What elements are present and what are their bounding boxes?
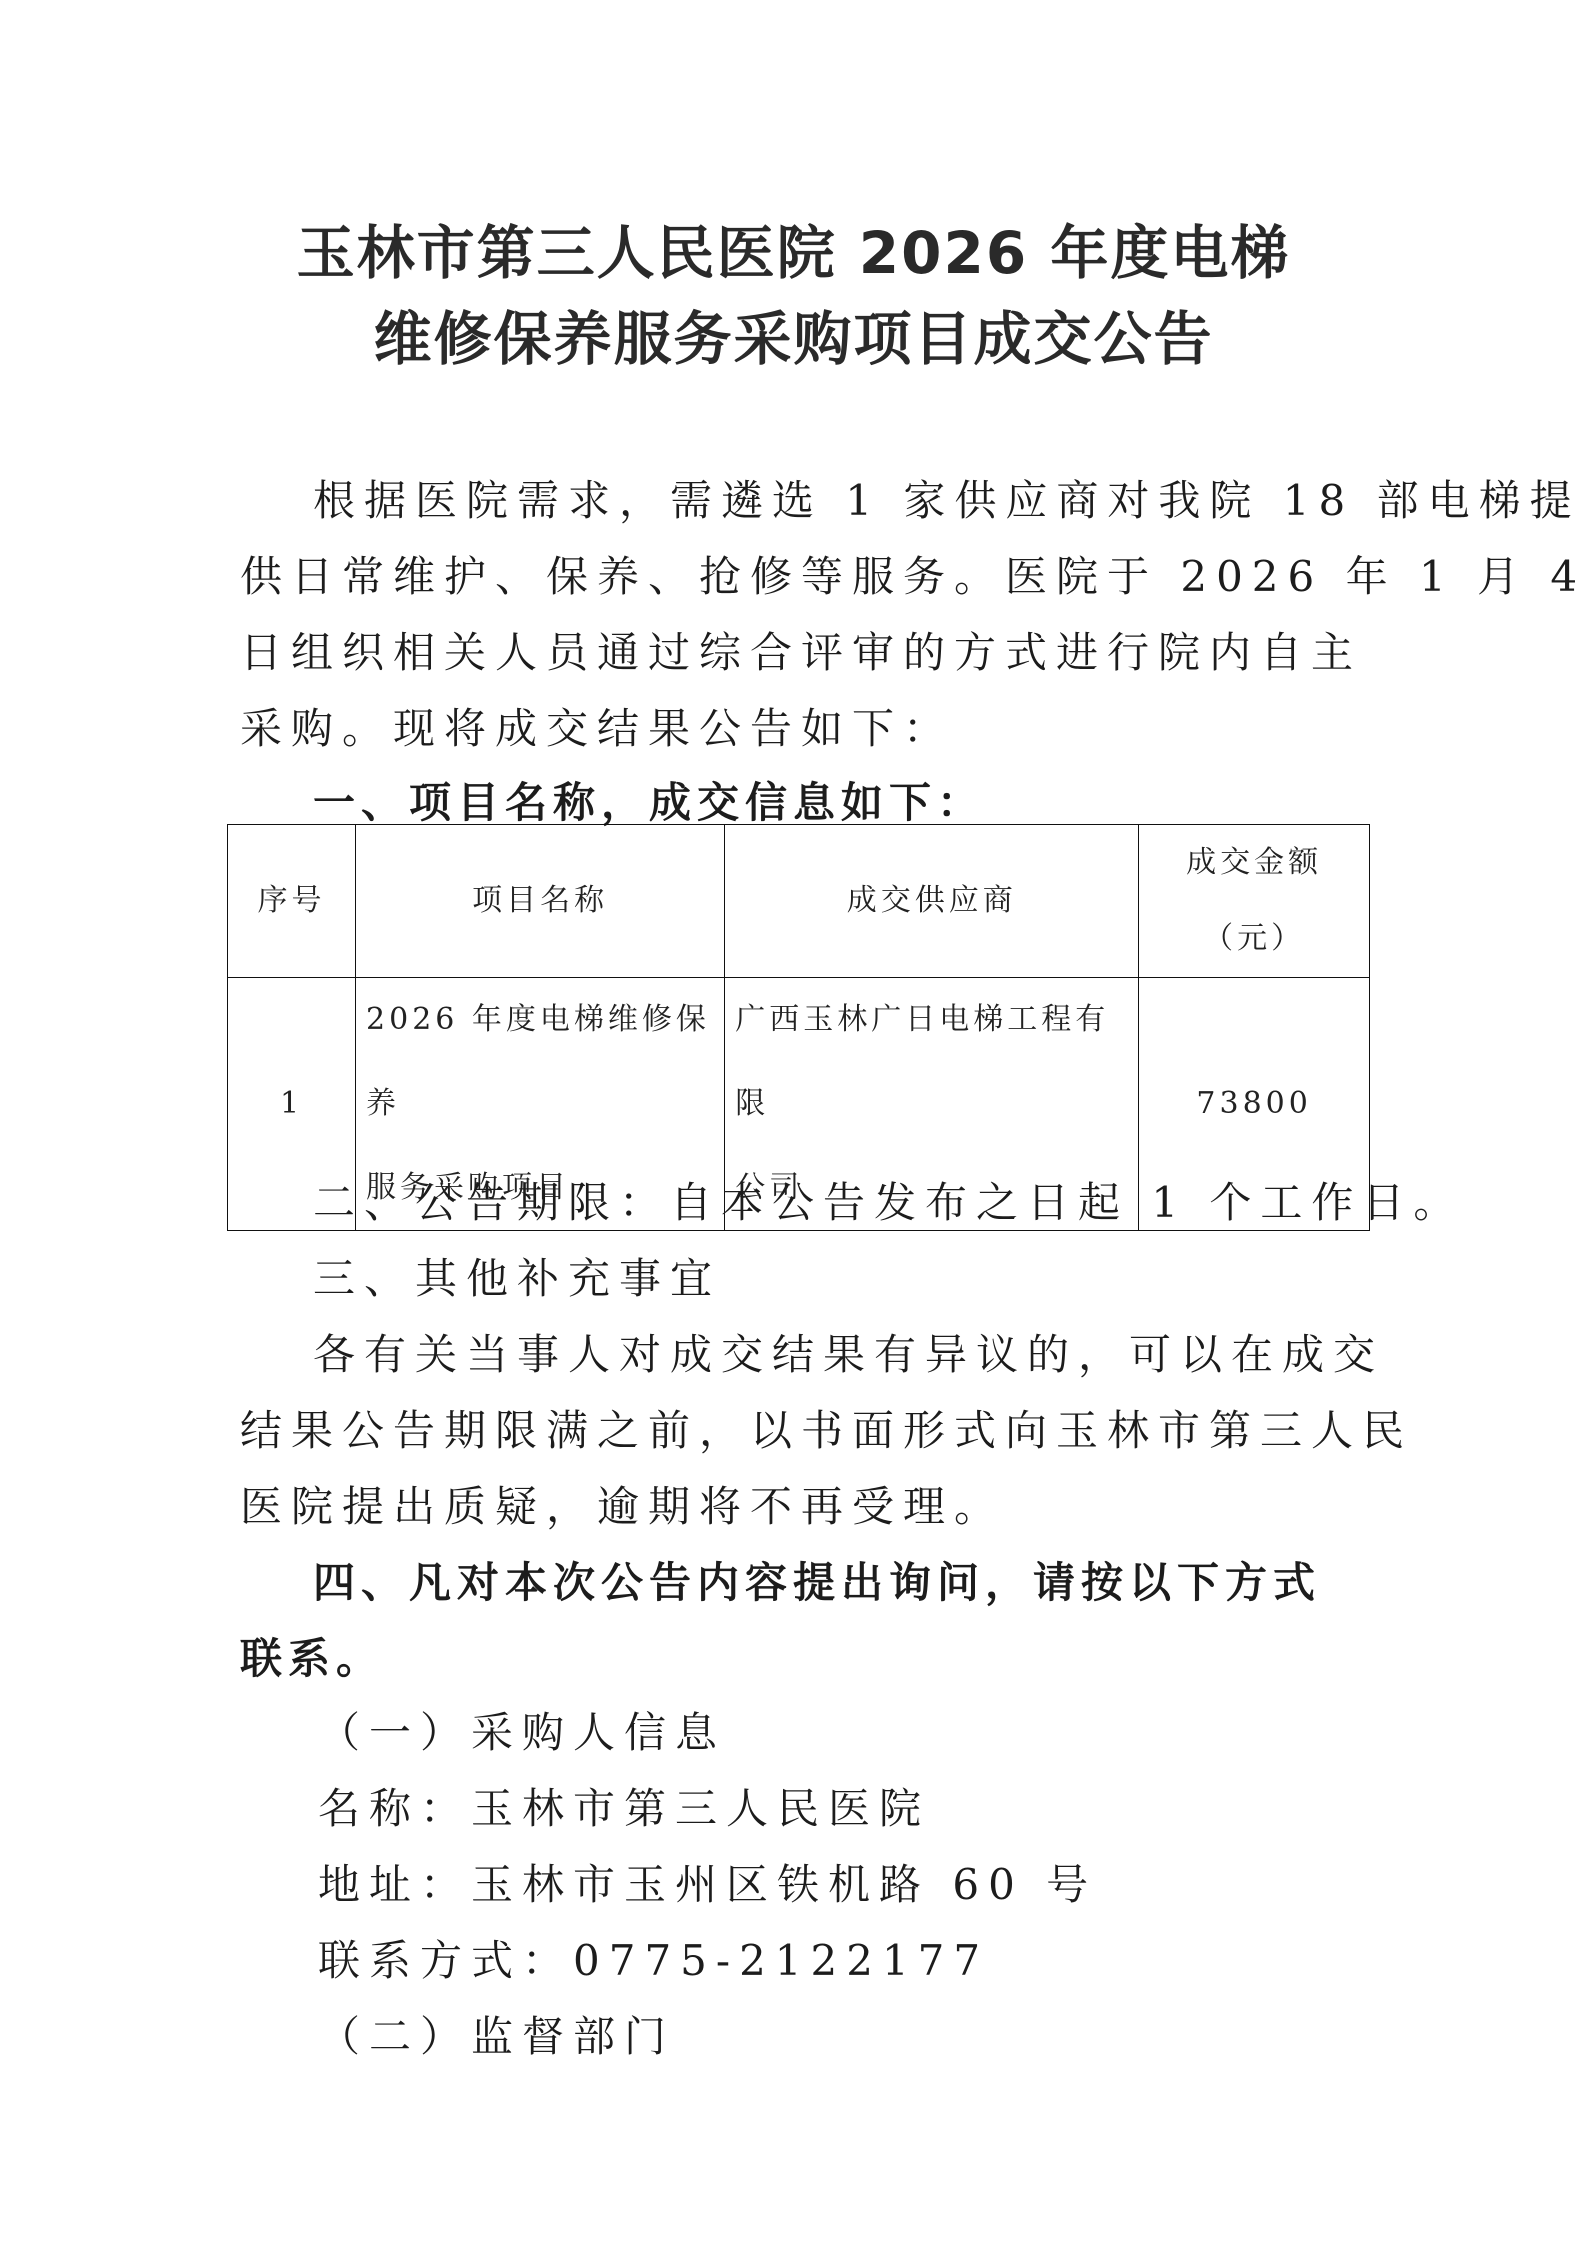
purchaser-name: 名称：玉林市第三人民医院 xyxy=(318,1776,930,1836)
intro-line-3: 日组织相关人员通过综合评审的方式进行院内自主 xyxy=(240,620,1362,680)
intro-line-1: 根据医院需求，需遴选 1 家供应商对我院 18 部电梯提 xyxy=(313,468,1581,528)
header-amount: 成交金额 （元） xyxy=(1139,825,1370,978)
section-3-line-2: 结果公告期限满之前，以书面形式向玉林市第三人民 xyxy=(240,1398,1413,1458)
cell-project-name-line-1: 2026 年度电梯维修保养 xyxy=(366,978,714,1146)
section-4-line-2: 联系。 xyxy=(240,1626,384,1686)
header-project-name: 项目名称 xyxy=(356,825,725,978)
section-3-line-3: 医院提出质疑，逾期将不再受理。 xyxy=(240,1474,1005,1534)
section-3-line-1: 各有关当事人对成交结果有异议的，可以在成交 xyxy=(313,1322,1384,1382)
section-1-heading: 一、项目名称，成交信息如下： xyxy=(313,770,985,830)
header-supplier: 成交供应商 xyxy=(725,825,1139,978)
supervision-heading: （二）监督部门 xyxy=(318,2004,675,2064)
purchaser-heading: （一）采购人信息 xyxy=(318,1700,726,1760)
purchaser-address: 地址：玉林市玉州区铁机路 60 号 xyxy=(318,1852,1097,1912)
intro-line-2: 供日常维护、保养、抢修等服务。医院于 2026 年 1 月 4 xyxy=(240,544,1586,604)
title-line-1: 玉林市第三人民医院 2026 年度电梯 xyxy=(0,206,1587,290)
section-3-heading: 三、其他补充事宜 xyxy=(313,1246,721,1306)
header-amount-line-2: （元） xyxy=(1149,901,1359,977)
intro-line-4: 采购。现将成交结果公告如下： xyxy=(240,696,954,756)
title-line-2: 维修保养服务采购项目成交公告 xyxy=(0,292,1587,376)
cell-supplier-line-1: 广西玉林广日电梯工程有限 xyxy=(735,978,1128,1146)
header-index: 序号 xyxy=(228,825,356,978)
purchaser-contact: 联系方式：0775-2122177 xyxy=(318,1928,989,1988)
section-4-line-1: 四、凡对本次公告内容提出询问，请按以下方式 xyxy=(313,1550,1321,1610)
header-amount-line-1: 成交金额 xyxy=(1149,825,1359,901)
section-2-announcement-period: 二、公告期限：自本公告发布之日起 1 个工作日。 xyxy=(313,1170,1464,1230)
table-header-row: 序号 项目名称 成交供应商 成交金额 （元） xyxy=(228,825,1370,978)
